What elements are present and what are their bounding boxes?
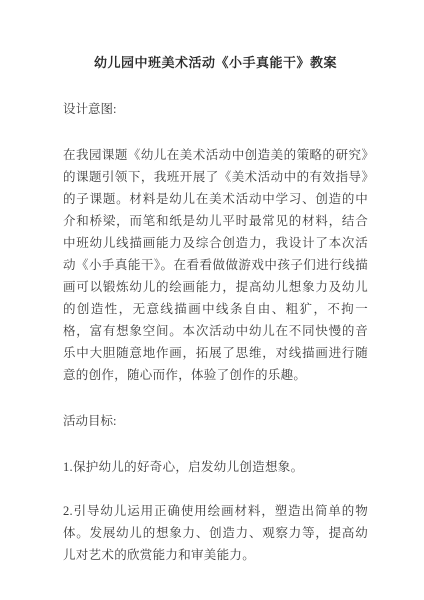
section-heading-activity-goals: 活动目标: bbox=[63, 410, 368, 432]
document-title: 幼儿园中班美术活动《小手真能干》教案 bbox=[63, 52, 368, 74]
document-page: 幼儿园中班美术活动《小手真能干》教案 设计意图: 在我园课题《幼儿在美术活动中创… bbox=[0, 0, 424, 600]
activity-goal-item-1: 1.保护幼儿的好奇心，启发幼儿创造想象。 bbox=[63, 456, 368, 478]
activity-goal-item-2: 2.引导幼儿运用正确使用绘画材料，塑造出简单的物体。发展幼儿的想象力、创造力、观… bbox=[63, 500, 368, 566]
design-intent-paragraph: 在我园课题《幼儿在美术活动中创造美的策略的研究》的课题引领下，我班开展了《美术活… bbox=[63, 144, 368, 386]
section-heading-design-intent: 设计意图: bbox=[63, 98, 368, 120]
